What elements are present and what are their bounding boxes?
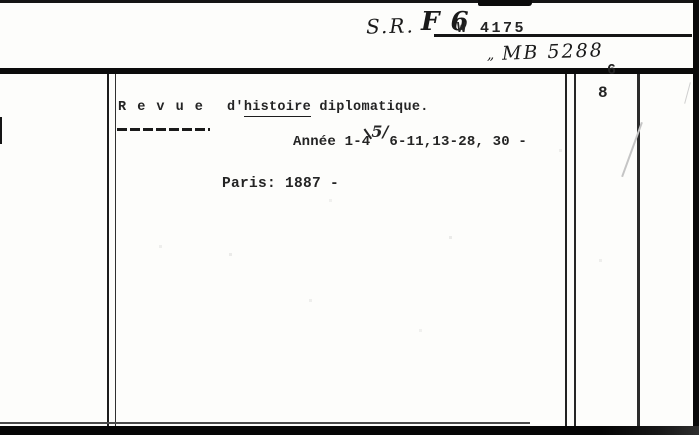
top-edge-ink-blob <box>478 0 532 6</box>
margin-digit-top: 6 <box>607 62 616 79</box>
title-dashed-underline <box>117 128 210 131</box>
top-edge-line <box>0 0 699 3</box>
pencil-scratch-small <box>684 82 691 104</box>
mb-number-handwritten: MB 5288 <box>502 39 605 65</box>
right-scan-border <box>693 0 699 435</box>
title-word-revue: R e v u e <box>118 100 204 115</box>
title-prefix: d' <box>227 100 244 115</box>
ditto-mark: „ <box>487 47 494 63</box>
title-suffix: diplomatique. <box>311 100 429 115</box>
title-rest: d'histoire diplomatique. <box>227 100 429 115</box>
scan-page: S.R. F 6 W 4175 „ MB 5288 6 8 R e v u e … <box>0 0 699 435</box>
right-column-rule-double <box>565 73 576 426</box>
header-underline <box>434 34 692 37</box>
bottom-scan-bar <box>0 426 699 435</box>
shelfmark-handwritten-sr: S.R. <box>366 13 415 38</box>
holdings-statement: Année 1-45/6-11,13-28, 30 - <box>293 130 527 150</box>
scan-speckles <box>0 0 1 1</box>
holdings-handwritten-insertion: 5/ <box>371 122 388 141</box>
left-column-rule <box>107 70 116 426</box>
imprint-line: Paris: 1887 - <box>222 176 339 192</box>
holdings-end: 6-11,13-28, 30 - <box>389 134 527 150</box>
left-edge-artifact <box>0 117 2 144</box>
holdings-start: Année 1-4 <box>293 134 370 150</box>
bottom-thin-line <box>0 422 530 424</box>
title-underlined-word: histoire <box>244 100 311 117</box>
margin-digit-bottom: 8 <box>598 84 608 102</box>
card-top-edge-rule <box>0 68 694 74</box>
